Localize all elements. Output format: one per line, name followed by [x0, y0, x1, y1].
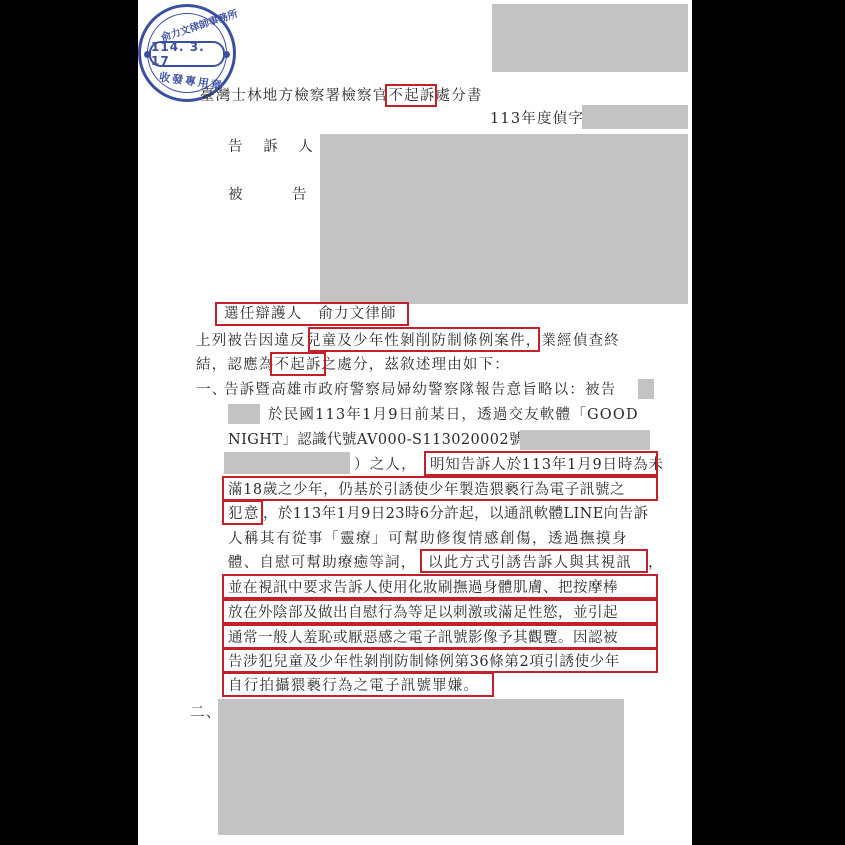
- case-number-label: 113年度偵字: [490, 110, 584, 128]
- highlight-box: [424, 451, 658, 476]
- title-suffix: 處分書: [436, 88, 483, 104]
- highlight-box: [222, 599, 658, 624]
- section-one-line: ，: [648, 554, 664, 572]
- highlight-box: [222, 476, 658, 501]
- defendant-label-1: 被: [228, 186, 244, 204]
- highlight-box: [308, 327, 540, 352]
- redacted-identifier: [224, 452, 350, 474]
- section-one-line: 於民國113年1月9日前某日，透過交友軟體「GOOD: [268, 406, 639, 424]
- intro-line-2: 結，認應為不起訴之處分，茲敘述理由如下：: [196, 356, 510, 374]
- highlight-box: [385, 84, 436, 107]
- redacted-identifier: [520, 430, 650, 450]
- redacted-case-number: [582, 105, 688, 129]
- document-page: 俞力文律師事務所 114. 3. 17 收發專用章 臺灣士林地方檢察署檢察官不起…: [138, 0, 692, 845]
- complainant-label: 告 訴 人: [228, 138, 321, 156]
- section-one-line: ，於113年1月9日23時6分許起，以通訊軟體LINE向告訴: [263, 505, 648, 523]
- section-two-marker: 二、: [190, 704, 221, 722]
- redacted-parties-block: [320, 134, 688, 304]
- highlight-box: [222, 500, 263, 525]
- section-one-line: 告訴暨高雄市政府警察局婦幼警察隊報告意旨略以：被告: [224, 381, 617, 399]
- redacted-defendant-name: [638, 379, 654, 399]
- highlight-box: [222, 672, 494, 697]
- stamp-date: 114. 3. 17: [149, 41, 225, 67]
- highlight-box: [222, 574, 658, 599]
- section-one-marker: 一、: [196, 381, 227, 399]
- document-title: 臺灣士林地方檢察署檢察官不起訴處分書: [200, 87, 483, 105]
- section-one-line: 人稱其有從事「靈療」可幫助修復情感創傷，透過撫摸身: [228, 530, 628, 548]
- highlight-box: [222, 648, 658, 673]
- highlight-box: [222, 624, 658, 649]
- defendant-label-2: 告: [292, 186, 308, 204]
- section-one-line: NIGHT」認識代號AV000-S113020002號（: [228, 431, 539, 449]
- section-one-line: 體、自慰可幫助療癒等詞，: [228, 554, 416, 572]
- highlight-box: [215, 302, 409, 326]
- title-prefix: 臺灣士林地方檢察署檢察官: [200, 88, 388, 104]
- stamp-flower-icon: [223, 51, 230, 58]
- highlight-box: [420, 549, 648, 573]
- stamp-flower-icon: [144, 51, 151, 58]
- redacted-defendant-name: [228, 404, 260, 424]
- title-highlight: 不起訴: [388, 88, 435, 104]
- redacted-section-two: [218, 699, 624, 835]
- redacted-block-header: [492, 4, 688, 72]
- section-one-line: ）之人，: [354, 456, 417, 474]
- highlight-box: [270, 352, 326, 376]
